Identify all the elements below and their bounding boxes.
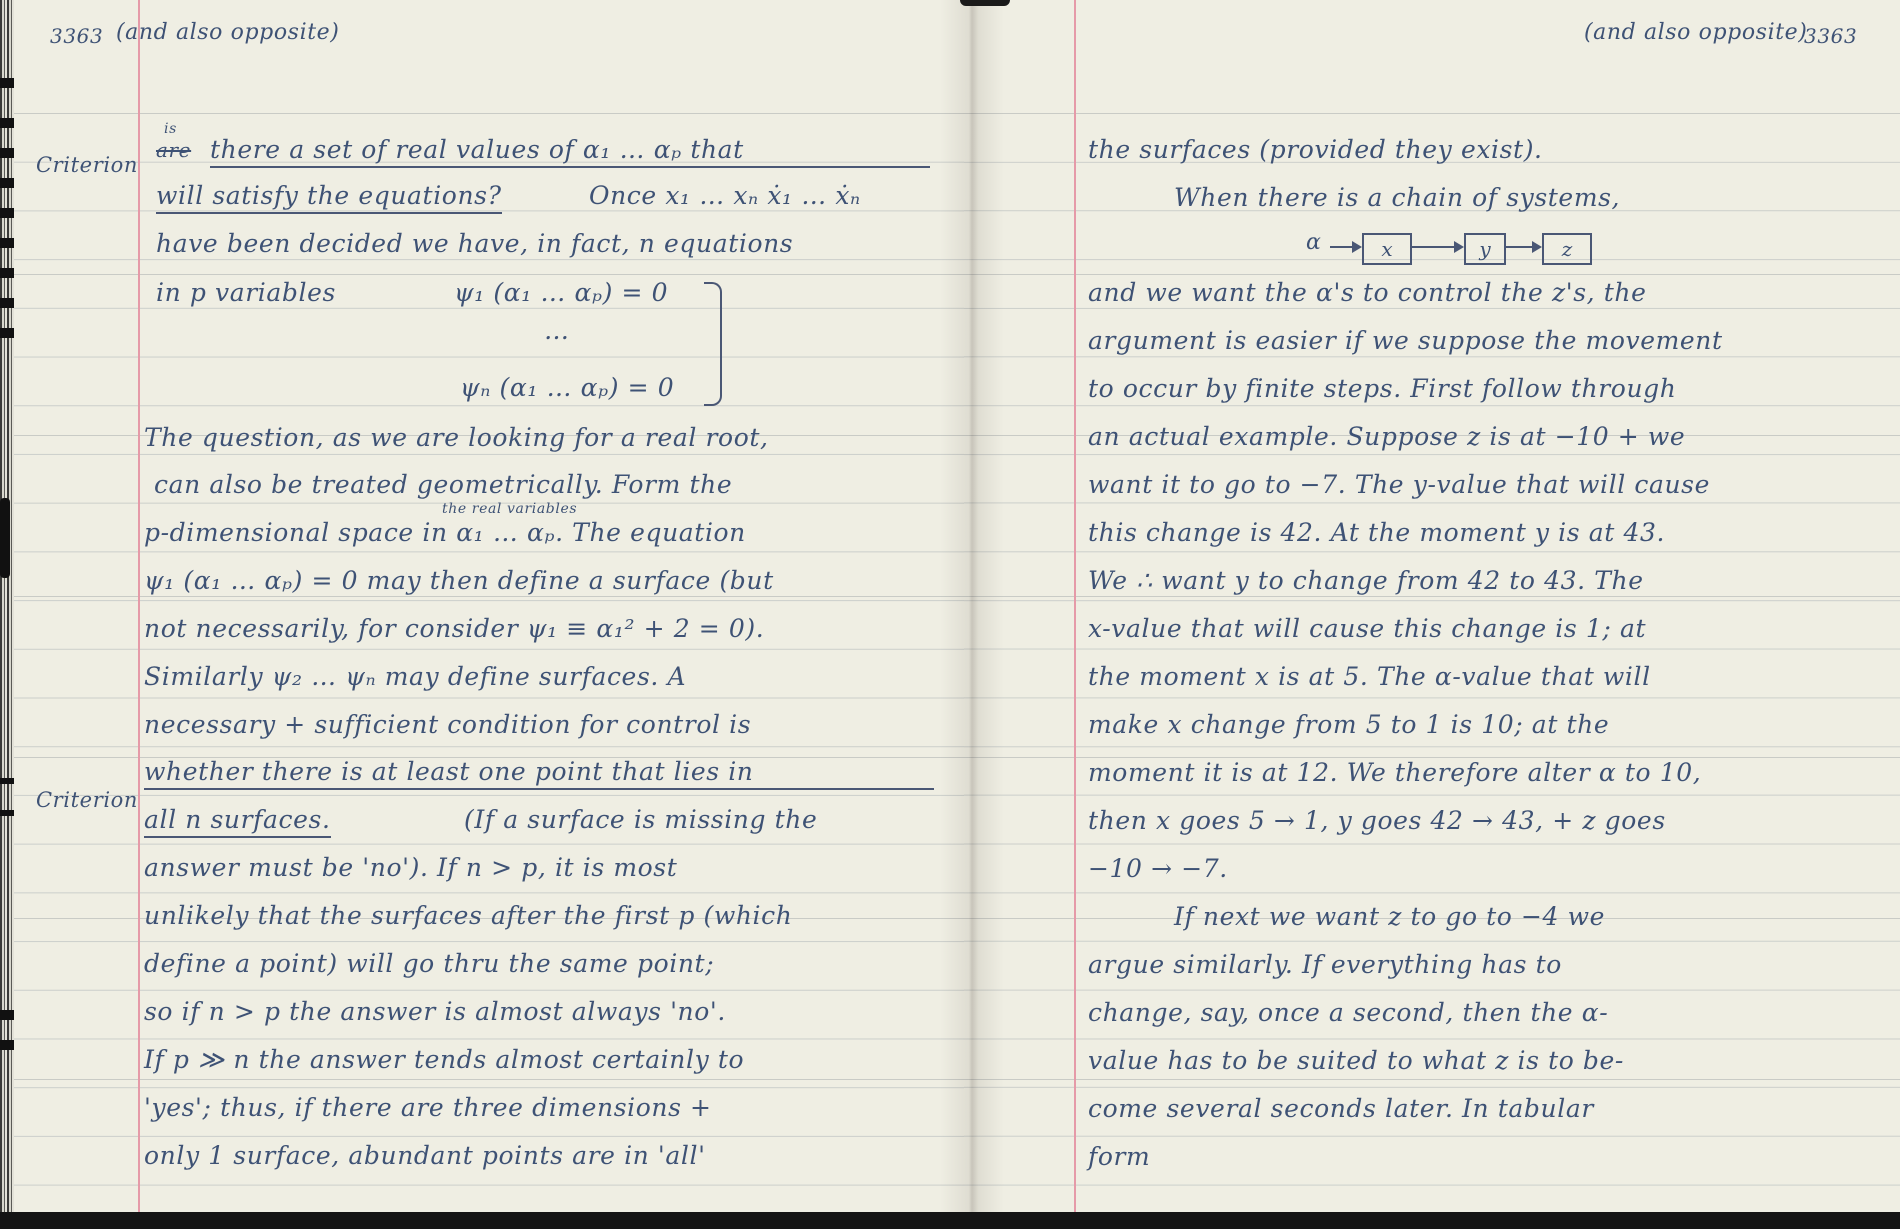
text-line: can also be treated geometrically. Form … — [154, 472, 732, 497]
text-line: moment it is at 12. We therefore alter α… — [1088, 760, 1701, 785]
text-line: in p variables — [156, 280, 336, 305]
text-line: value has to be suited to what z is to b… — [1088, 1048, 1624, 1073]
text-line: argue similarly. If everything has to — [1088, 952, 1562, 977]
text-line-criterion: whether there is at least one point that… — [144, 759, 934, 790]
arrow-icon — [1412, 246, 1462, 248]
text-line: this change is 42. At the moment y is at… — [1088, 520, 1665, 545]
spiral-binding — [0, 0, 14, 1212]
equation-last: ψₙ (α₁ … αₚ) = 0 — [460, 375, 674, 400]
arrow-icon — [1330, 246, 1360, 248]
text-line: so if n > p the answer is almost always … — [144, 999, 726, 1024]
diagram-box-x: x — [1362, 233, 1412, 265]
page-number: 3363 — [50, 26, 103, 46]
text-line: to occur by finite steps. First follow t… — [1088, 376, 1676, 401]
text-line: want it to go to −7. The y-value that wi… — [1088, 472, 1710, 497]
text-line: come several seconds later. In tabular — [1088, 1096, 1594, 1121]
text-line: −10 → −7. — [1088, 856, 1228, 881]
equation-brace — [704, 282, 722, 406]
equation-first: ψ₁ (α₁ … αₚ) = 0 — [454, 280, 668, 305]
notebook-spread: 3363 (and also opposite) Criterion Crite… — [0, 0, 1900, 1212]
text-line: change, say, once a second, then the α- — [1088, 1000, 1608, 1025]
text-line: x-value that will cause this change is 1… — [1088, 616, 1646, 641]
text-line: answer must be 'no'). If n > p, it is mo… — [144, 855, 677, 880]
text-line: then x goes 5 → 1, y goes 42 → 43, + z g… — [1088, 808, 1666, 833]
text-line: necessary + sufficient condition for con… — [144, 712, 751, 737]
binding-clip — [960, 0, 1010, 6]
background-edge — [0, 1212, 1900, 1229]
left-page: 3363 (and also opposite) Criterion Crite… — [14, 0, 964, 1212]
margin-rule — [138, 0, 140, 1212]
equation-ellipsis: … — [544, 318, 570, 343]
text-line: will satisfy the equations? — [156, 183, 502, 214]
text-line: make x change from 5 to 1 is 10; at the — [1088, 712, 1609, 737]
text-line-criterion: all n surfaces. — [144, 807, 331, 838]
page-number: 3363 — [1804, 26, 1857, 46]
text-line: When there is a chain of systems, — [1174, 185, 1620, 210]
text-line: have been decided we have, in fact, n eq… — [156, 231, 793, 256]
text-line: We ∴ want y to change from 42 to 43. The — [1088, 568, 1644, 593]
page-header-note: (and also opposite) — [116, 22, 339, 44]
page-gutter — [940, 0, 1004, 1212]
text-line: define a point) will go thru the same po… — [144, 951, 714, 976]
right-page: (and also opposite) 3363 the surfaces (p… — [964, 0, 1900, 1212]
text-line: argument is easier if we suppose the mov… — [1088, 328, 1723, 353]
text-line: The question, as we are looking for a re… — [144, 425, 769, 450]
text-line: 'yes'; thus, if there are three dimensio… — [144, 1095, 712, 1120]
struck-word: are — [156, 140, 191, 160]
text-line: Similarly ψ₂ … ψₙ may define surfaces. A — [144, 664, 686, 689]
text-line: form — [1088, 1144, 1150, 1169]
text-line: If next we want z to go to −4 we — [1174, 904, 1605, 929]
arrow-icon — [1506, 246, 1540, 248]
text-line: an actual example. Suppose z is at −10 +… — [1088, 424, 1685, 449]
insertion-real-variables: the real variables — [442, 502, 577, 516]
diagram-input-alpha: α — [1306, 232, 1321, 254]
diagram-box-z: z — [1542, 233, 1592, 265]
margin-note-criterion: Criterion — [36, 790, 138, 811]
text-line: the moment x is at 5. The α-value that w… — [1088, 664, 1651, 689]
text-line: not necessarily, for consider ψ₁ ≡ α₁² +… — [144, 616, 764, 641]
margin-note-criterion: Criterion — [36, 155, 138, 176]
text-line: unlikely that the surfaces after the fir… — [144, 903, 792, 928]
text-line: the surfaces (provided they exist). — [1088, 137, 1543, 162]
text-line: p-dimensional space in α₁ … αₚ. The equa… — [144, 520, 746, 545]
text-line: only 1 surface, abundant points are in '… — [144, 1143, 706, 1168]
diagram-box-y: y — [1464, 233, 1506, 265]
margin-rule — [1074, 0, 1076, 1212]
text-line: Once x₁ … xₙ ẋ₁ … ẋₙ — [589, 183, 861, 208]
text-line: there a set of real values of α₁ … αₚ th… — [210, 137, 930, 168]
text-line: (If a surface is missing the — [464, 807, 817, 832]
text-line: If p ≫ n the answer tends almost certain… — [144, 1047, 744, 1072]
insertion-is: is — [164, 122, 177, 136]
text-line: and we want the α's to control the z's, … — [1088, 280, 1647, 305]
text-line: ψ₁ (α₁ … αₚ) = 0 may then define a surfa… — [144, 568, 774, 593]
page-header-note: (and also opposite) — [1584, 22, 1807, 44]
